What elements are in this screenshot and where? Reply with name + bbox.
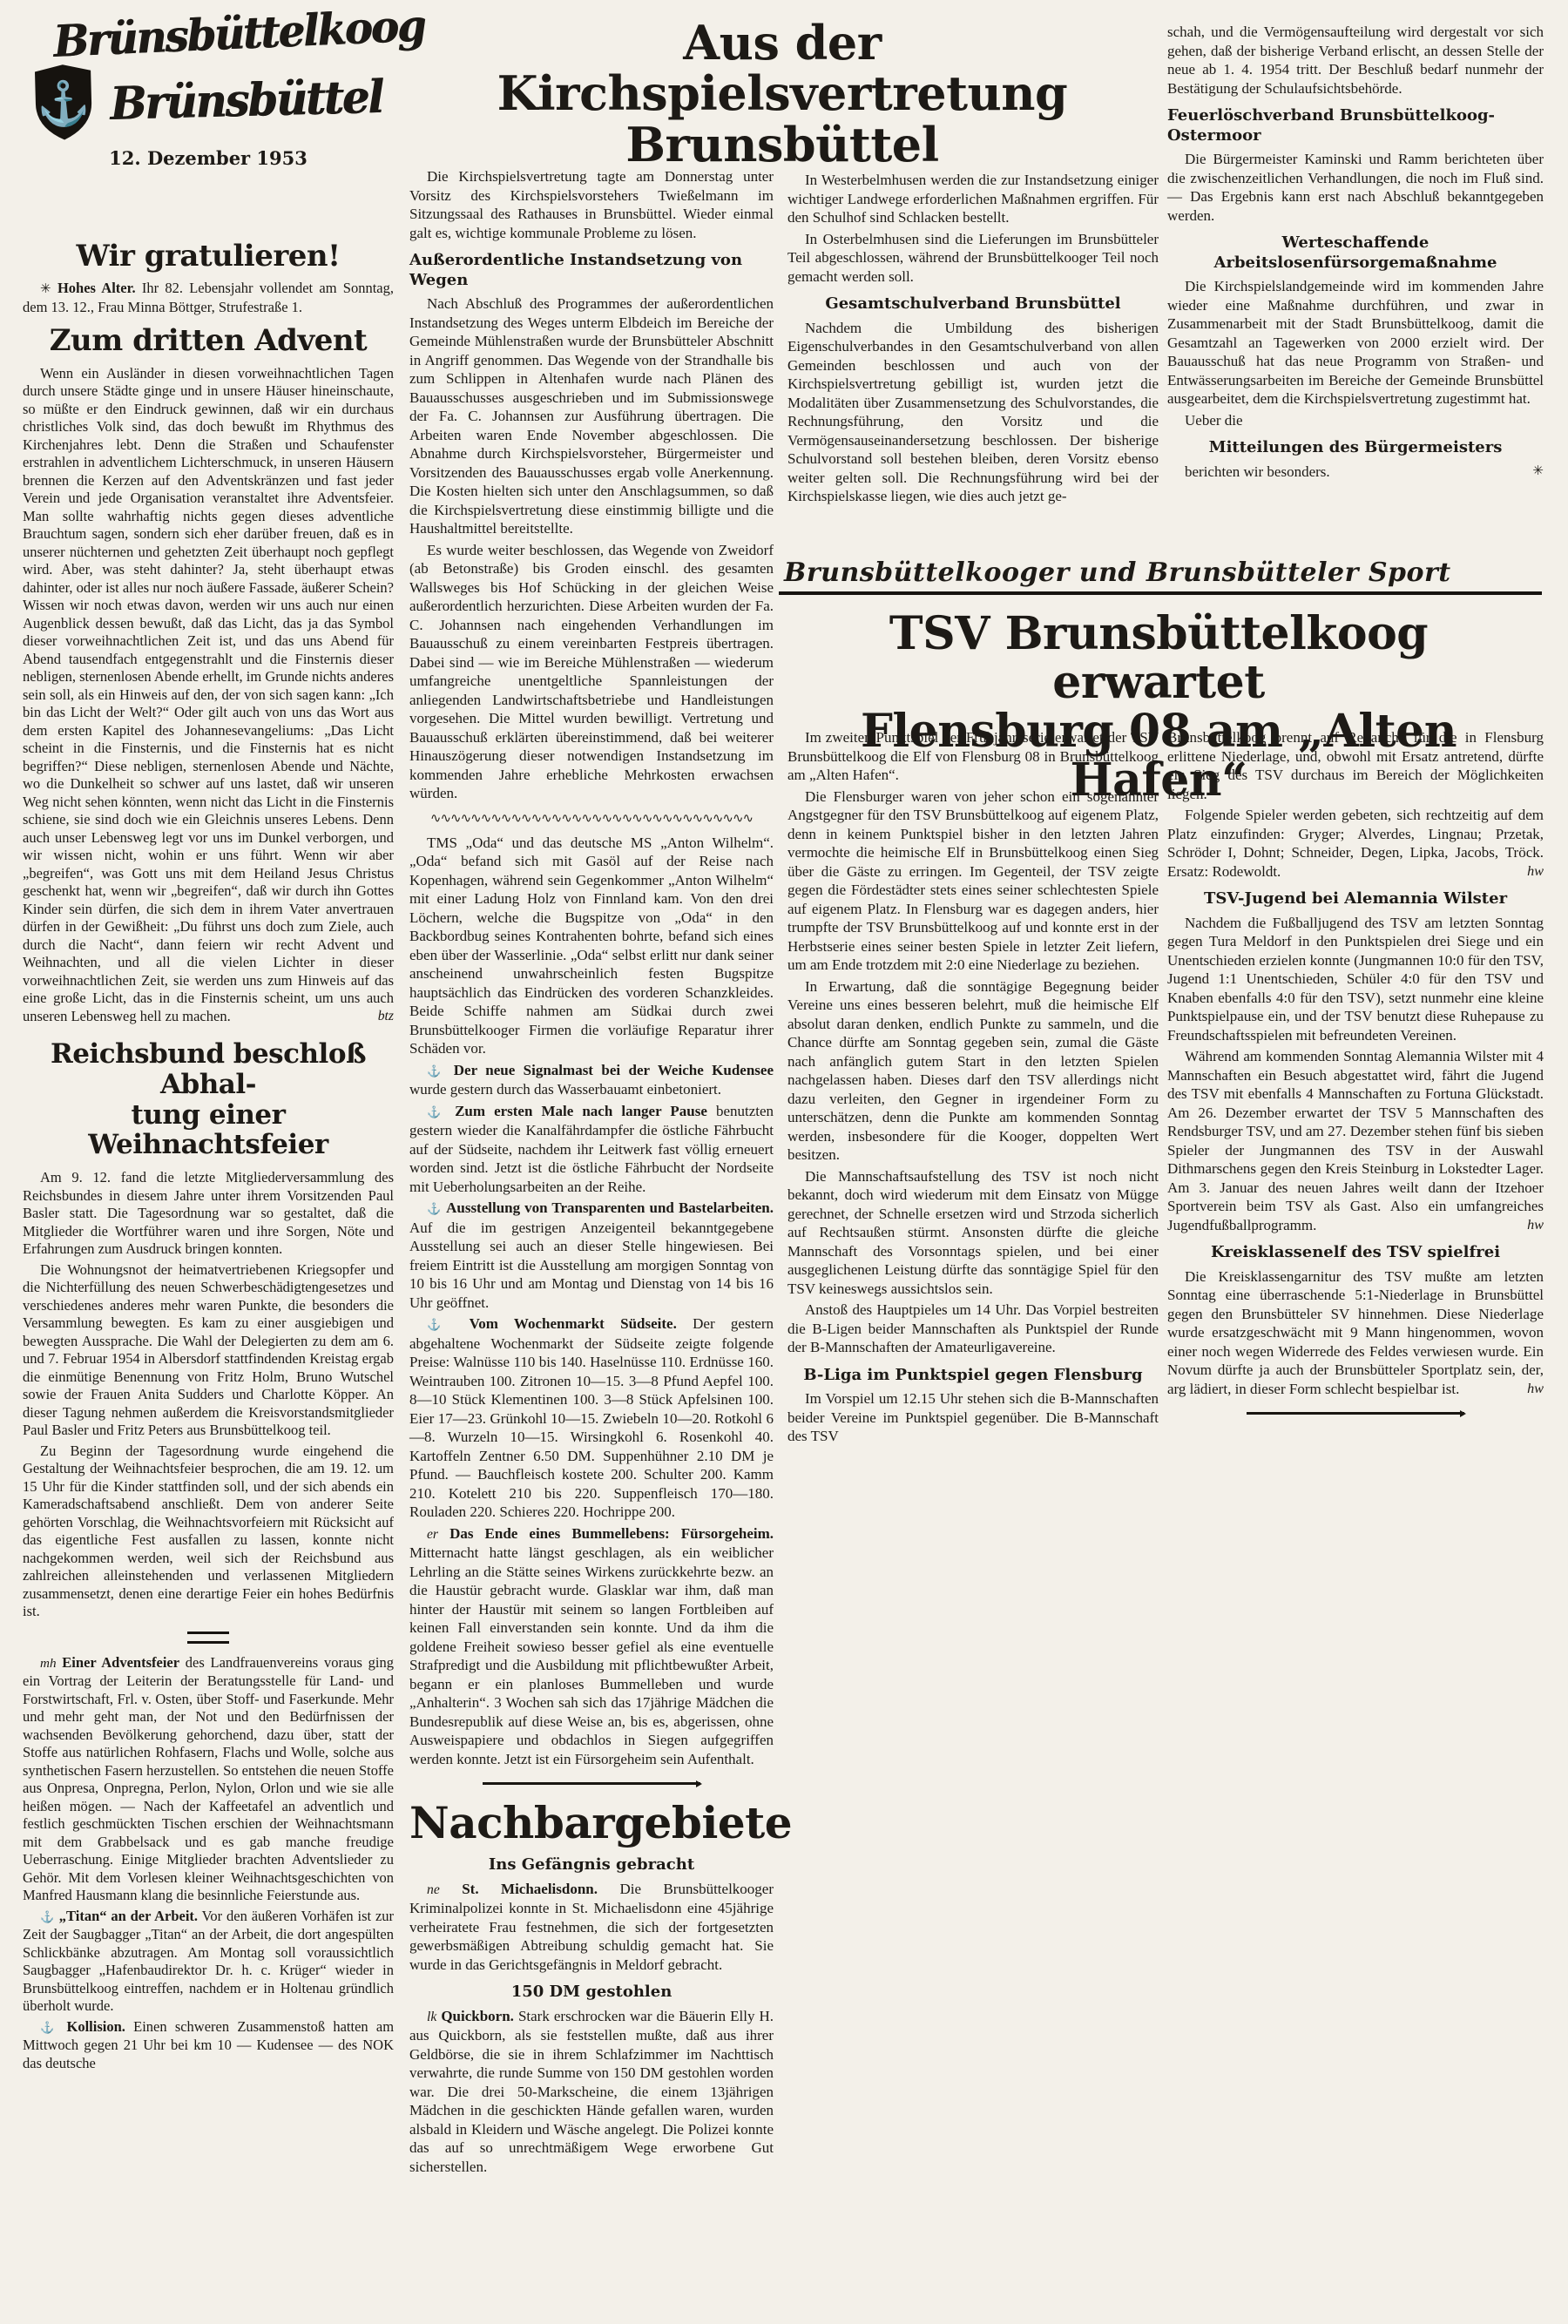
author-initials: hw: [1503, 1380, 1544, 1399]
mitteilungen-line: berichten wir besonders. ✳: [1167, 463, 1544, 482]
news-item-ausstellung: ⚓ Ausstellung von Transparenten und Bast…: [409, 1199, 774, 1312]
advent-article-text: Wenn ein Ausländer in diesen vorweihnach…: [23, 365, 394, 1026]
subhead-kreisklassenelf: Kreisklassenelf des TSV spielfrei: [1167, 1243, 1544, 1263]
gesamtschulverband-paragraph: Nachdem die Umbildung des bisherigen Eig…: [787, 319, 1159, 506]
sport-section-banner: Brunsbüttelkooger und Brunsbütteler Spor…: [779, 557, 1542, 595]
sport-paragraph-2: Die Flensburger waren von jeher schon ei…: [787, 787, 1159, 975]
issue-date: 12. Dezember 1953: [23, 147, 394, 169]
reichsbund-paragraph-3: Zu Beginn der Tagesordnung wurde eingehe…: [23, 1442, 394, 1621]
item-text: wurde gestern durch das Wasserbauamt ein…: [409, 1081, 721, 1098]
westerbelmhusen-paragraph: In Westerbelmhusen werden die zur Instan…: [787, 171, 1159, 227]
ship-icon: ⚓: [40, 2021, 58, 2034]
news-item-quickborn: lk Quickborn. Stark erschrocken war die …: [409, 2007, 774, 2177]
correspondent-mark: er: [427, 1527, 438, 1542]
sport-right-paragraph-1: Brunsbüttelkoog brennt auf Revanche für …: [1167, 728, 1544, 803]
column-1: Brünsbüttelkoog ⚓ Brünsbüttel 12. Dezemb…: [23, 10, 394, 2075]
item-lead: Hohes Alter.: [57, 280, 136, 296]
coat-of-arms-shield-icon: ⚓: [30, 61, 97, 143]
sport-paragraph-6: Im Vorspiel um 12.15 Uhr stehen sich die…: [787, 1389, 1159, 1446]
subhead-tsv-jugend: TSV-Jugend bei Alemannia Wilster: [1167, 889, 1544, 909]
kirchspiel-intro: Die Kirchspielsvertretung tagte am Donne…: [409, 167, 774, 242]
star-icon: ✳: [40, 281, 51, 296]
article-body: Wenn ein Ausländer in diesen vorweihnach…: [23, 365, 394, 1024]
newspaper-page: Brünsbüttelkoog ⚓ Brünsbüttel 12. Dezemb…: [0, 0, 1568, 2324]
news-item-oda-collision: TMS „Oda“ und das deutsche MS „Anton Wil…: [409, 834, 774, 1058]
kirchspiel-paragraph-1: Nach Abschluß des Programmes der außeror…: [409, 294, 774, 538]
ship-icon: ⚓: [427, 1202, 442, 1215]
subhead-arbeitslosenfuersorge: Werteschaffende Arbeitslosenfürsorgemaßn…: [1167, 233, 1544, 273]
star-icon: ✳: [1515, 463, 1544, 482]
subhead-gesamtschulverband: Gesamtschulverband Brunsbüttel: [787, 294, 1159, 314]
author-initials: hw: [1503, 1216, 1544, 1235]
gesamtschulverband-continuation: schah, und die Vermögensaufteilung wird …: [1167, 23, 1544, 98]
sport-right-paragraph-2: Folgende Spieler werden gebeten, sich re…: [1167, 806, 1544, 881]
sport-paragraph-1: Im zweiten Punktspiel der Frühjahrsserie…: [787, 728, 1159, 785]
item-lead: Kollision.: [67, 2018, 125, 2035]
subhead-feuerloeschverband: Feuerlöschverband Brunsbüttelkoog-Osterm…: [1167, 106, 1544, 145]
kirchspiel-paragraph-2: Es wurde weiter beschlossen, das Wegende…: [409, 541, 774, 803]
sport-right-paragraph-5: Die Kreisklassengarnitur des TSV mußte a…: [1167, 1267, 1544, 1399]
item-text: berichten wir besonders.: [1185, 463, 1330, 480]
item-lead: Zum ersten Male nach langer Pause: [455, 1103, 707, 1119]
congratulations-headline: Wir gratulieren!: [23, 240, 394, 273]
ship-icon: ⚓: [427, 1105, 446, 1118]
squiggle-divider: ∿∿∿∿∿∿∿∿∿∿∿∿∿∿∿∿∿∿∿∿∿∿∿∿∿∿∿∿∿∿∿∿: [409, 810, 774, 827]
subhead-mitteilungen: Mitteilungen des Bürgermeisters: [1167, 438, 1544, 458]
column-4-top: schah, und die Vermögensaufteilung wird …: [1167, 23, 1544, 483]
item-lead: Quickborn.: [441, 2008, 514, 2024]
item-lead: St. Michaelisdonn.: [462, 1881, 598, 1897]
subhead-gefaengnis: Ins Gefängnis gebracht: [409, 1855, 774, 1875]
subhead-b-liga: B-Liga im Punktspiel gegen Flensburg: [787, 1366, 1159, 1386]
item-lead: Einer Adventsfeier: [62, 1654, 179, 1671]
reichsbund-paragraph-2: Die Wohnungsnot der heimatvertriebenen K…: [23, 1261, 394, 1440]
column-3-sport: Im zweiten Punktspiel der Frühjahrsserie…: [787, 728, 1159, 1449]
section-end-rule: [483, 1782, 700, 1785]
feuerloeschverband-paragraph: Die Bürgermeister Kaminski und Ramm beri…: [1167, 150, 1544, 225]
osterbelmhusen-paragraph: In Osterbelmhusen sind die Lieferungen i…: [787, 230, 1159, 287]
correspondent-mark: mh: [40, 1656, 57, 1671]
news-item-michaelisdonn: ne St. Michaelisdonn. Die Brunsbüttelkoo…: [409, 1880, 774, 1975]
sport-right-paragraph-3: Nachdem die Fußballjugend des TSV am let…: [1167, 914, 1544, 1045]
news-item-hohes-alter: ✳ Hohes Alter. Ihr 82. Lebensjahr vollen…: [23, 280, 394, 316]
item-text: Die Kreisklassengarnitur des TSV mußte a…: [1167, 1268, 1544, 1397]
sport-paragraph-3: In Erwartung, daß die sonntägige Begegnu…: [787, 977, 1159, 1165]
author-initials: hw: [1503, 862, 1544, 882]
anchor-icon: ⚓: [37, 78, 91, 129]
news-item-titan: ⚓ „Titan“ an der Arbeit. Vor den äußeren…: [23, 1908, 394, 2016]
kirchspiel-headline: Aus der Kirchspielsvertretung Brunsbütte…: [402, 17, 1162, 170]
item-text: Folgende Spieler werden gebeten, sich re…: [1167, 807, 1544, 880]
item-lead: Vom Wochenmarkt Südseite.: [470, 1315, 677, 1332]
reichsbund-paragraph-1: Am 9. 12. fand die letzte Mitgliedervers…: [23, 1169, 394, 1259]
news-item-signalmast: ⚓ Der neue Signalmast bei der Weiche Kud…: [409, 1061, 774, 1099]
pennant-stripes-left-icon: [24, 91, 25, 122]
section-divider: [187, 1632, 229, 1644]
item-text: Der gestern abgehaltene Wochenmarkt der …: [409, 1315, 774, 1520]
reichsbund-headline: Reichsbund beschloß Abhal- tung einer We…: [23, 1039, 394, 1160]
masthead-title-line1: Brünsbüttelkoog: [52, 2, 382, 67]
subhead-gestohlen: 150 DM gestohlen: [409, 1983, 774, 2003]
correspondent-mark: ne: [427, 1882, 440, 1897]
ship-icon: ⚓: [40, 1910, 55, 1923]
arbeitslosenfuersorge-paragraph: Die Kirchspielslandgemeinde wird im komm…: [1167, 277, 1544, 409]
pennant-stripes-right-icon: [396, 80, 397, 111]
column-3-top: In Westerbelmhusen werden die zur Instan…: [787, 171, 1159, 509]
item-text: Stark erschrocken war die Bäuerin Elly H…: [409, 2008, 774, 2175]
masthead-title-line2: Brünsbüttel: [109, 70, 382, 130]
item-text: Auf die im gestrigen Anzeigenteil bekann…: [409, 1219, 774, 1311]
item-text: Während am kommenden Sonntag Alemannia W…: [1167, 1048, 1544, 1233]
ship-icon: ⚓: [427, 1318, 453, 1331]
column-2: Die Kirchspielsvertretung tagte am Donne…: [409, 167, 774, 2179]
sport-right-paragraph-4: Während am kommenden Sonntag Alemannia W…: [1167, 1047, 1544, 1234]
ship-icon: ⚓: [427, 1064, 445, 1078]
author-initials: btz: [354, 1008, 394, 1026]
subhead-instandsetzung: Außerordentliche Instandsetzung von Wege…: [409, 251, 774, 290]
news-item-wochenmarkt: ⚓ Vom Wochenmarkt Südseite. Der gestern …: [409, 1314, 774, 1522]
item-text: Mitternacht hatte längst geschlagen, als…: [409, 1544, 774, 1767]
item-text: des Landfrauenvereins voraus ging ein Vo…: [23, 1654, 394, 1904]
column-4-sport: Brunsbüttelkoog brennt auf Revanche für …: [1167, 728, 1544, 1429]
masthead: Brünsbüttelkoog ⚓ Brünsbüttel 12. Dezemb…: [23, 16, 394, 232]
news-item-faehrbucht: ⚓ Zum ersten Male nach langer Pause benu…: [409, 1102, 774, 1197]
item-lead: Das Ende eines Bummellebens: Fürsorgehei…: [449, 1525, 774, 1542]
item-lead: „Titan“ an der Arbeit.: [59, 1908, 198, 1924]
article-end-rule: [1247, 1412, 1464, 1415]
sport-paragraph-5: Anstoß des Hauptpieles um 14 Uhr. Das Vo…: [787, 1300, 1159, 1357]
news-item-kollision: ⚓ Kollision. Einen schweren Zusammenstoß…: [23, 2018, 394, 2073]
correspondent-mark: lk: [427, 2010, 436, 2024]
masthead-title-row: ⚓ Brünsbüttel: [24, 58, 395, 143]
advent-headline: Zum dritten Advent: [23, 325, 394, 357]
sport-paragraph-4: Die Mannschaftsaufstellung des TSV ist n…: [787, 1167, 1159, 1299]
ueber-die-line: Ueber die: [1167, 411, 1544, 430]
item-lead: Der neue Signalmast bei der Weiche Kuden…: [454, 1062, 774, 1078]
news-item-adventsfeier: mh Einer Adventsfeier des Landfrauenvere…: [23, 1654, 394, 1905]
item-lead: Ausstellung von Transparenten und Bastel…: [446, 1199, 774, 1216]
news-item-bummelleben: er Das Ende eines Bummellebens: Fürsorge…: [409, 1524, 774, 1769]
nachbargebiete-headline: Nachbargebiete: [409, 1799, 774, 1847]
